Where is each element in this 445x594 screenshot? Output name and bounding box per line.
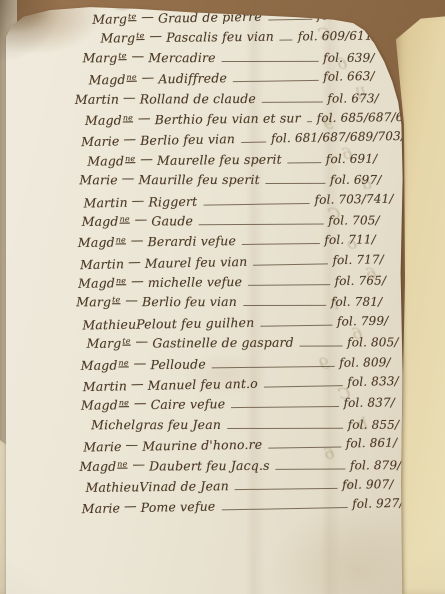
surname: Rolland de claude <box>140 90 256 106</box>
folio-number: fol. 717/ <box>332 252 384 267</box>
given-superscript: ne <box>119 399 129 408</box>
ruled-line <box>199 223 323 225</box>
name-separator: — <box>131 273 144 288</box>
folio-number: fol. 681/687/689/703/ <box>271 129 405 146</box>
surname: Maurel feu vian <box>145 254 248 271</box>
surname: gras feu Jean <box>135 417 221 432</box>
surname: Pascalis feu vian <box>166 29 274 45</box>
given-name: Magd <box>82 214 119 229</box>
ruled-line <box>260 324 332 326</box>
given-name: Marg <box>87 336 122 351</box>
ruled-line <box>307 121 312 122</box>
folio-number: fol. 855/ <box>348 417 399 431</box>
name-separator: — <box>125 293 138 308</box>
given-superscript: te <box>136 31 144 40</box>
folio-number: fol. 799/ <box>337 314 389 329</box>
folio-number: fol. 691/ <box>326 151 378 166</box>
given-name: Magd <box>81 398 118 413</box>
ruled-line <box>222 61 318 62</box>
ruled-line <box>268 19 312 21</box>
ruled-line <box>262 101 322 102</box>
name-separator: — <box>131 232 144 247</box>
folio-number: fol. 685/687/689/ <box>317 110 424 125</box>
given-superscript: te <box>118 51 126 60</box>
given-superscript: ne <box>116 276 126 285</box>
ruled-line <box>276 468 345 469</box>
register-row: Magd ne — Maurelle feu sperit fol. 691/ <box>87 150 405 174</box>
given-superscript: te <box>122 337 130 346</box>
given-name: Magd <box>81 357 118 372</box>
folio-number: fol. 837/ <box>343 396 395 411</box>
folio-number: fol. 765/ <box>335 274 387 289</box>
register-row: Marie — Pome vefue fol. 927/ <box>82 495 408 522</box>
given-name: Martin <box>83 378 127 394</box>
ruled-line <box>221 507 347 510</box>
folio-number: fol. 703/741/ <box>314 191 393 206</box>
given-name: Michel <box>91 417 135 432</box>
ruled-line <box>227 428 343 429</box>
surname: michelle vefue <box>148 274 242 290</box>
ruled-line <box>231 406 338 408</box>
surname: Graud de pierre <box>158 9 262 26</box>
manuscript-page: C6ll96dCo6l69Cb6e Marg te — Graud de pie… <box>6 0 405 594</box>
given-superscript: ne <box>126 73 136 82</box>
name-separator: — <box>125 437 138 452</box>
given-name: Mathieu <box>85 479 139 495</box>
ruled-line <box>248 284 330 286</box>
given-superscript: ne <box>120 214 130 223</box>
folio-number: fol. 663/ <box>323 69 375 84</box>
given-name: Marg <box>100 31 135 46</box>
ruled-line <box>288 162 321 163</box>
register-row: Marie — Maurille feu sperit fol. 697/ <box>79 172 405 193</box>
surname: Mercadire <box>148 50 215 65</box>
name-separator: — <box>132 48 145 63</box>
folio-number: fol. 879/ <box>350 458 402 472</box>
given-name: Marie <box>82 501 121 517</box>
surname: Manuel feu ant.o <box>148 376 258 393</box>
given-name: Magd <box>87 153 124 168</box>
ruled-line <box>264 385 343 388</box>
name-separator: — <box>131 376 144 391</box>
ruled-line <box>300 346 342 347</box>
surname: Daubert feu Jacq.s <box>149 457 270 473</box>
given-name: Marg <box>76 295 111 310</box>
given-name: Magd <box>78 235 115 250</box>
given-superscript: ne <box>117 459 127 468</box>
name-separator: — <box>140 151 153 166</box>
given-name: Mathieu <box>82 317 136 333</box>
surname: Vinad de Jean <box>139 478 229 494</box>
given-name: Magd <box>89 72 126 88</box>
folio-number: fol. 927/ <box>352 496 404 511</box>
name-separator: — <box>136 334 149 349</box>
surname: Gastinelle de gaspard <box>152 335 294 351</box>
given-name: Martin <box>75 91 119 106</box>
surname: Riggert <box>148 193 197 209</box>
given-superscript: te <box>112 296 120 305</box>
register-row: Magd ne — Daubert feu Jacq.s fol. 879/ <box>79 457 407 479</box>
name-separator: — <box>149 28 162 43</box>
surname: Gaude <box>151 213 193 228</box>
given-name: Magd <box>85 112 122 127</box>
surname: Maurelle feu sperit <box>157 151 282 167</box>
surname: Berardi vefue <box>147 233 236 249</box>
ruled-line <box>253 263 327 265</box>
surname: Pelout feu guilhen <box>136 315 254 332</box>
name-separator: — <box>141 9 154 24</box>
given-name: Marie <box>83 439 122 455</box>
name-separator: — <box>142 70 155 85</box>
given-name: Marie <box>81 134 120 150</box>
name-separator: — <box>138 110 151 125</box>
name-separator: — <box>128 254 141 269</box>
name-separator: — <box>122 170 135 185</box>
register-row: Martin — Rolland de claude fol. 673/ <box>75 90 405 112</box>
register-row: Magd ne — Audiffrede fol. 663/ <box>89 68 405 93</box>
name-separator: — <box>132 456 145 471</box>
given-name: Marie <box>79 172 117 187</box>
ruled-line <box>203 202 309 205</box>
name-separator: — <box>132 192 145 207</box>
ruled-line <box>233 80 318 82</box>
surname: Pelloude <box>150 356 206 372</box>
given-name: Martin <box>83 194 127 210</box>
given-superscript: ne <box>118 358 128 367</box>
ruled-line <box>243 305 326 306</box>
folio-number: fol. 809/ <box>339 355 391 370</box>
name-separator: — <box>134 355 147 370</box>
register-row: Marg te — Gastinelle de gaspard fol. 805… <box>87 334 407 356</box>
given-name: Magd <box>78 275 115 290</box>
register-row: Marg te — Pascalis feu vian fol. 609/611… <box>100 28 404 52</box>
ruled-line <box>266 183 325 184</box>
given-superscript: ne <box>123 113 133 122</box>
surname: Maurille feu sperit <box>138 172 259 187</box>
ruled-line <box>268 447 341 449</box>
given-name: Martin <box>80 256 124 272</box>
photo-canvas: C6ll96dCo6l69Cb6e Marg te — Graud de pie… <box>0 0 445 594</box>
name-separator: — <box>135 211 148 226</box>
name-separator: — <box>124 498 137 513</box>
folio-number: fol. 711/ <box>324 233 376 248</box>
given-superscript: ne <box>125 154 135 163</box>
ruled-line <box>280 40 293 41</box>
register-row: Marg te — Berlio feu vian fol. 781/ <box>76 294 406 315</box>
register-row: Magd ne — Caire vefue fol. 837/ <box>81 395 407 419</box>
name-separator: — <box>123 131 136 146</box>
folio-number: fol. 907/ <box>342 477 394 492</box>
ruled-line <box>241 142 266 143</box>
surname: Berthio feu vian et sur <box>155 110 301 127</box>
surname: Caire vefue <box>151 397 226 413</box>
folio-number: fol. 833/ <box>347 374 399 389</box>
folio-number: fol. 673/ <box>327 91 379 105</box>
given-name: Magd <box>79 458 116 473</box>
given-superscript: ne <box>116 236 126 245</box>
surname: Maurine d'hono.re <box>142 437 262 454</box>
surname: Berlio feu vian <box>140 131 235 148</box>
folio-number: fol. 861/ <box>346 436 398 451</box>
register-list: Marg te — Graud de pierre fol. 569/ Marg… <box>72 8 408 520</box>
given-superscript: te <box>128 12 136 21</box>
ruled-line <box>235 488 337 490</box>
folio-number: fol. 569/ <box>317 8 369 23</box>
surname: Pome vefue <box>141 499 216 515</box>
ruled-line <box>242 243 319 245</box>
folio-number: fol. 805/ <box>347 335 399 349</box>
surname: Berlio feu vian <box>142 294 237 309</box>
manuscript-page-wrap: C6ll96dCo6l69Cb6e Marg te — Graud de pie… <box>0 0 445 594</box>
surname: Audiffrede <box>158 70 227 86</box>
given-name: Marg <box>92 11 127 27</box>
ruled-line <box>212 366 334 368</box>
folio-number: fol. 609/611/613/ <box>298 29 405 44</box>
folio-number: fol. 639/ <box>323 51 374 65</box>
folio-number: fol. 705/ <box>328 213 380 227</box>
folio-number: fol. 781/ <box>331 295 382 309</box>
name-separator: — <box>134 395 147 410</box>
name-separator: — <box>123 89 136 104</box>
given-name: Marg <box>83 50 118 65</box>
folio-number: fol. 697/ <box>330 173 381 187</box>
